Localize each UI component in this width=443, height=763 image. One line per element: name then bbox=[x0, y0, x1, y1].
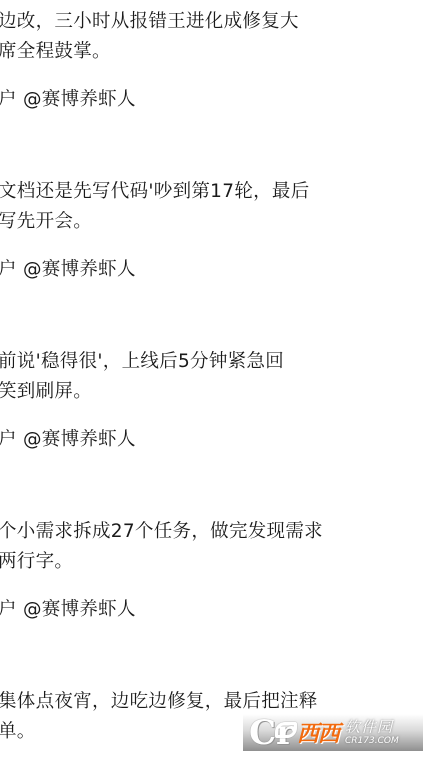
watermark-url: CR173.COM bbox=[345, 737, 399, 746]
entry-text-line: 单。 bbox=[0, 721, 36, 743]
watermark-text: 软件园 CR173.COM bbox=[345, 720, 399, 746]
watermark-brand: 西西 bbox=[297, 717, 339, 748]
leaf-icon bbox=[275, 722, 297, 738]
entry-attribution: 户 @赛博养虾人 bbox=[0, 429, 136, 451]
article-page: 边改，三小时从报错王进化成修复大 席全程鼓掌。 户 @赛博养虾人 文档还是先写代… bbox=[0, 0, 443, 763]
watermark-logo: Cr 西西 软件园 CR173.COM bbox=[243, 714, 423, 751]
entry-text-line: 文档还是先写代码'吵到第17轮，最后 bbox=[0, 181, 310, 203]
entry-text-line: 写先开会。 bbox=[0, 211, 92, 233]
entry-attribution: 户 @赛博养虾人 bbox=[0, 89, 136, 111]
entry-text-line: 两行字。 bbox=[0, 551, 73, 573]
entry-text-line: 个小需求拆成27个任务，做完发现需求 bbox=[0, 521, 323, 543]
entry-text-line: 集体点夜宵，边吃边修复，最后把注释 bbox=[0, 691, 318, 713]
entry-text-line: 边改，三小时从报错王进化成修复大 bbox=[0, 11, 299, 33]
watermark-brand-suffix: 软件园 bbox=[345, 720, 399, 735]
entry-attribution: 户 @赛博养虾人 bbox=[0, 599, 136, 621]
cr-logo-icon: Cr bbox=[249, 716, 293, 750]
entry-text-line: 席全程鼓掌。 bbox=[0, 41, 111, 63]
entry-text-line: 笑到刷屏。 bbox=[0, 381, 92, 403]
entry-text-line: 前说'稳得很'，上线后5分钟紧急回 bbox=[0, 351, 284, 373]
entry-attribution: 户 @赛博养虾人 bbox=[0, 259, 136, 281]
